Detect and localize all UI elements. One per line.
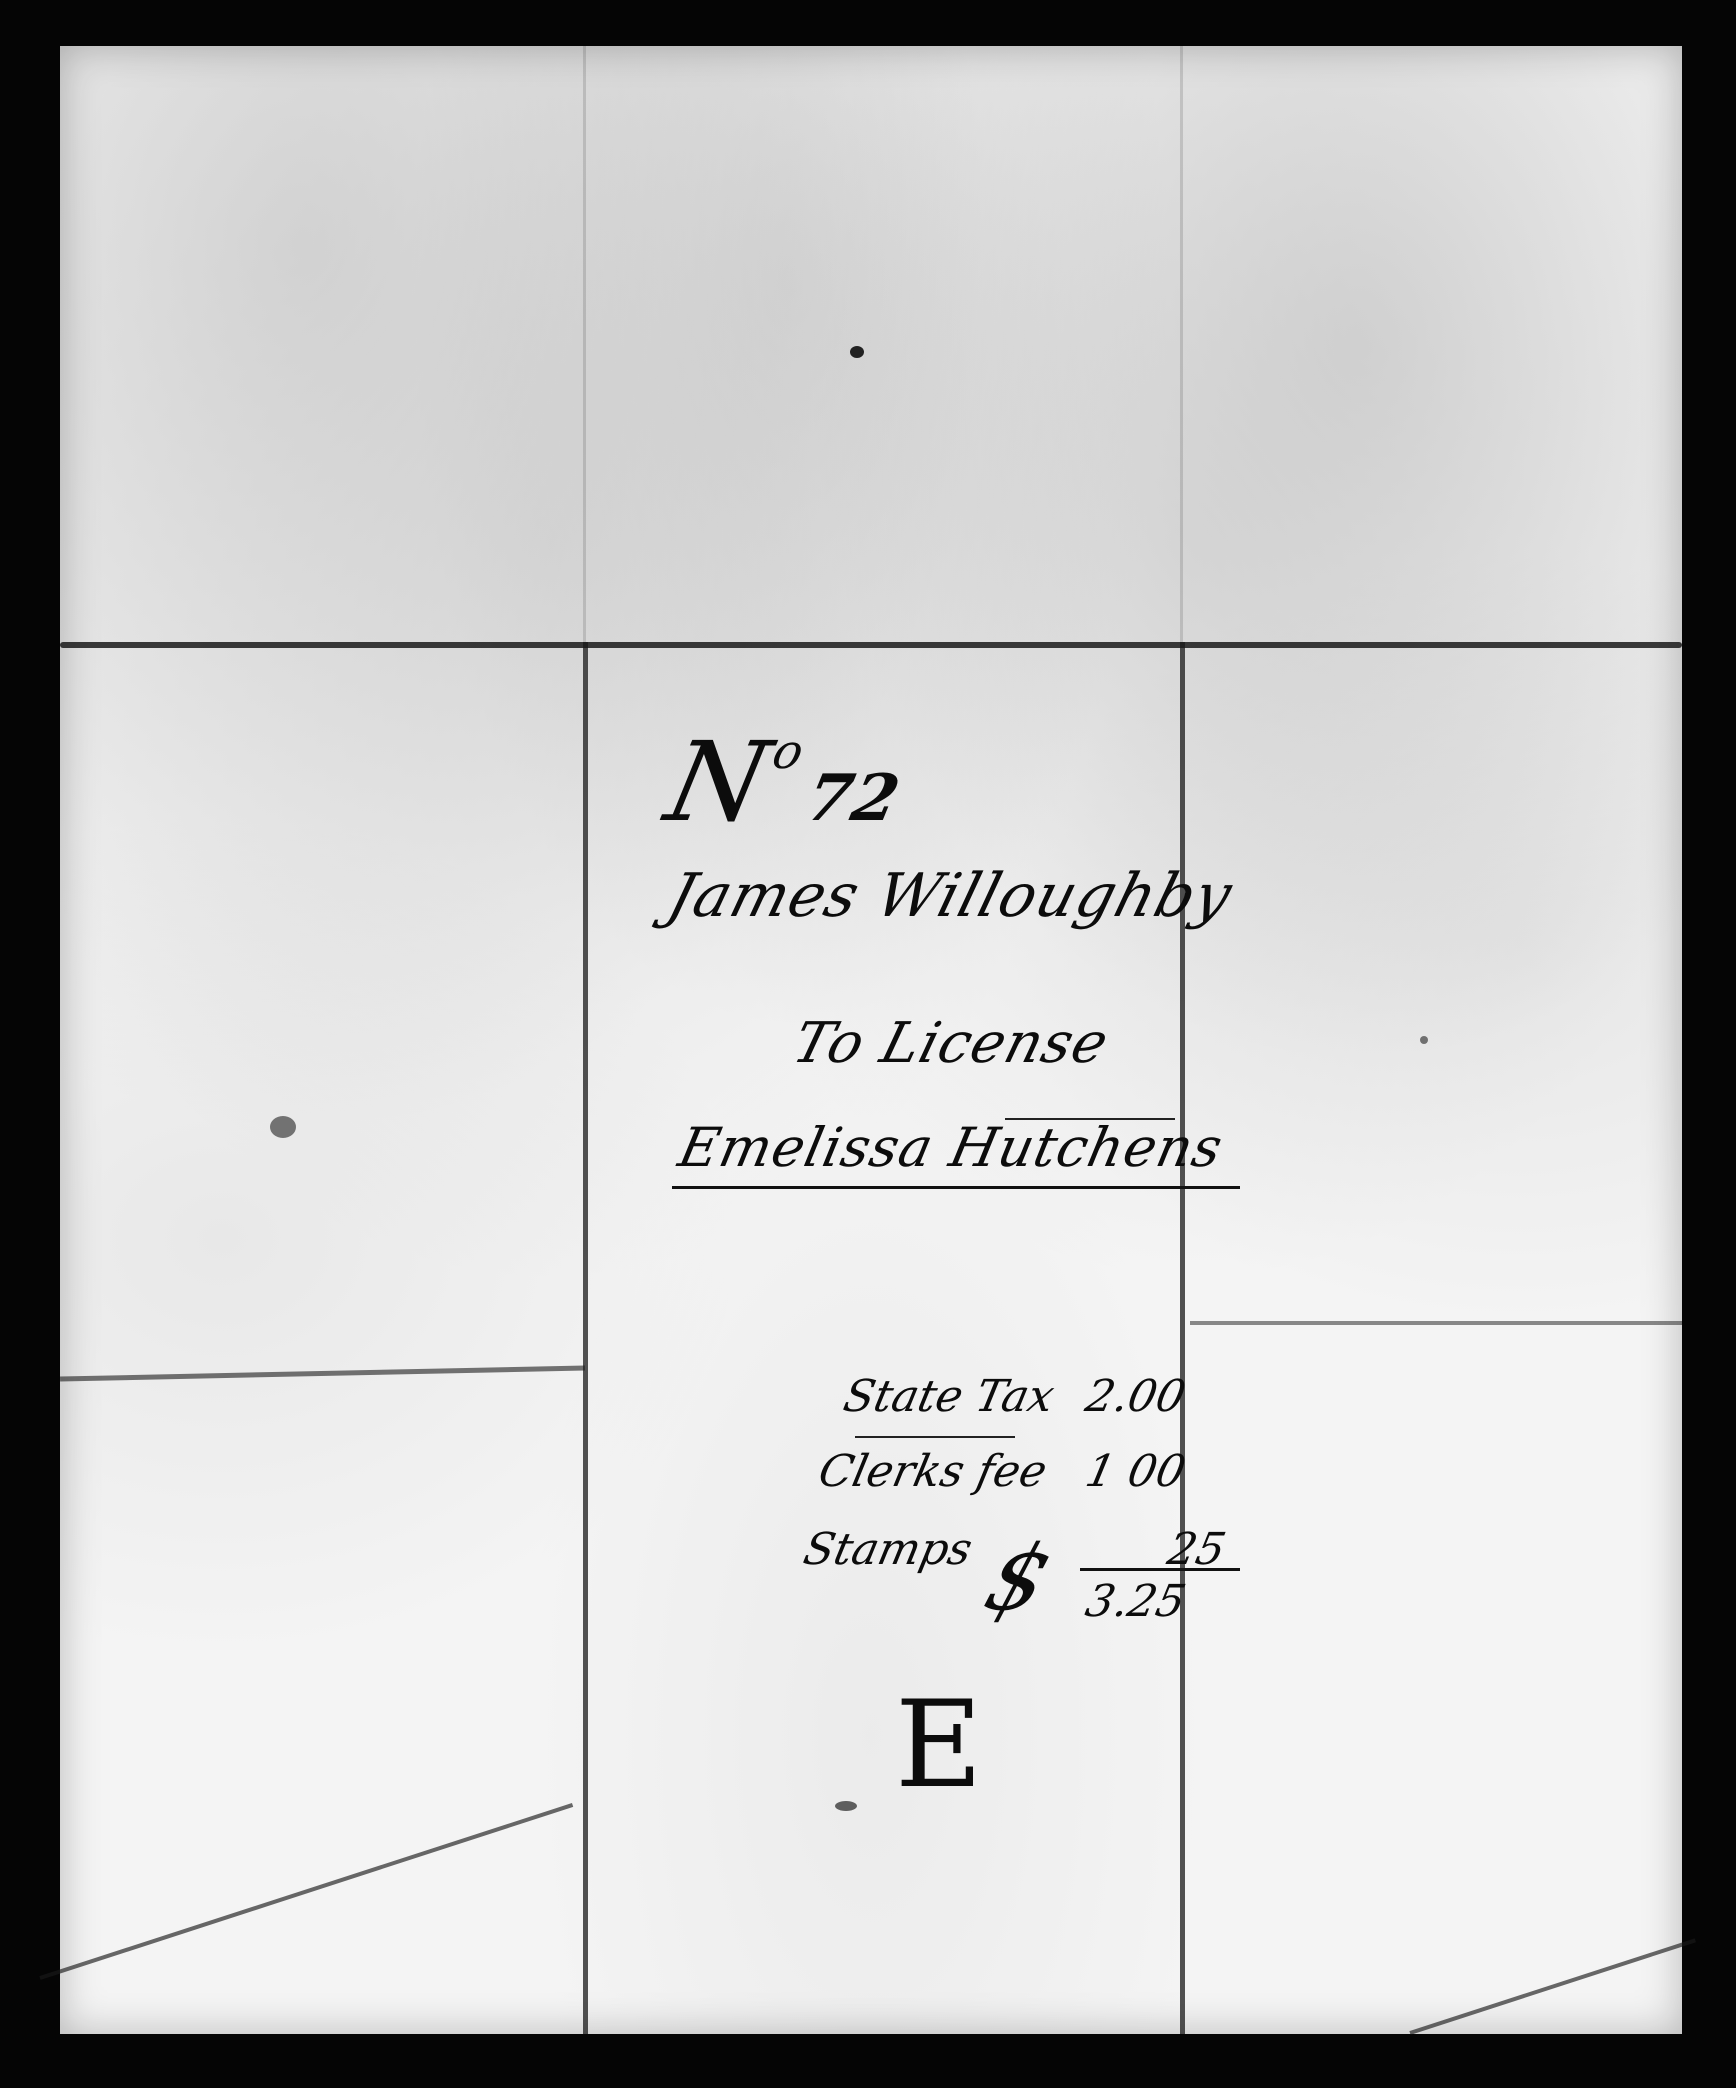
total-rule: [1080, 1568, 1240, 1571]
fold-line: [583, 46, 586, 642]
fold-line: [39, 1803, 573, 1980]
fold-line: [1180, 46, 1183, 642]
ink-spot: [1420, 1036, 1428, 1044]
clerk-initial: E: [895, 1676, 983, 1815]
fee-label: Stamps: [799, 1524, 976, 1575]
fold-line: [583, 642, 588, 2034]
fold-line: [1190, 1321, 1682, 1325]
divider: [855, 1436, 1015, 1438]
fee-amount: 1 00: [1039, 1446, 1190, 1497]
ink-spot: [835, 1801, 857, 1811]
fold-line: [60, 642, 1682, 648]
document-page: No72 James Willoughby To License Emeliss…: [60, 46, 1682, 2034]
fold-line: [1180, 642, 1185, 2034]
ink-spot: [270, 1116, 296, 1138]
bride-name: Emelissa Hutchens: [673, 1116, 1228, 1179]
total-amount: 3.25: [1039, 1576, 1190, 1627]
license-connector: To License: [786, 1011, 1115, 1076]
ink-spot: [850, 346, 864, 358]
groom-name: James Willoughby: [661, 861, 1240, 931]
fold-line: [1409, 1938, 1696, 2035]
divider: [672, 1186, 1240, 1189]
fee-label: State Tax: [839, 1371, 1059, 1422]
fee-label: Clerks fee: [814, 1446, 1051, 1497]
docket-number: No72: [656, 718, 915, 846]
fee-amount: 2.00: [1039, 1371, 1190, 1422]
fold-line: [60, 1366, 585, 1382]
